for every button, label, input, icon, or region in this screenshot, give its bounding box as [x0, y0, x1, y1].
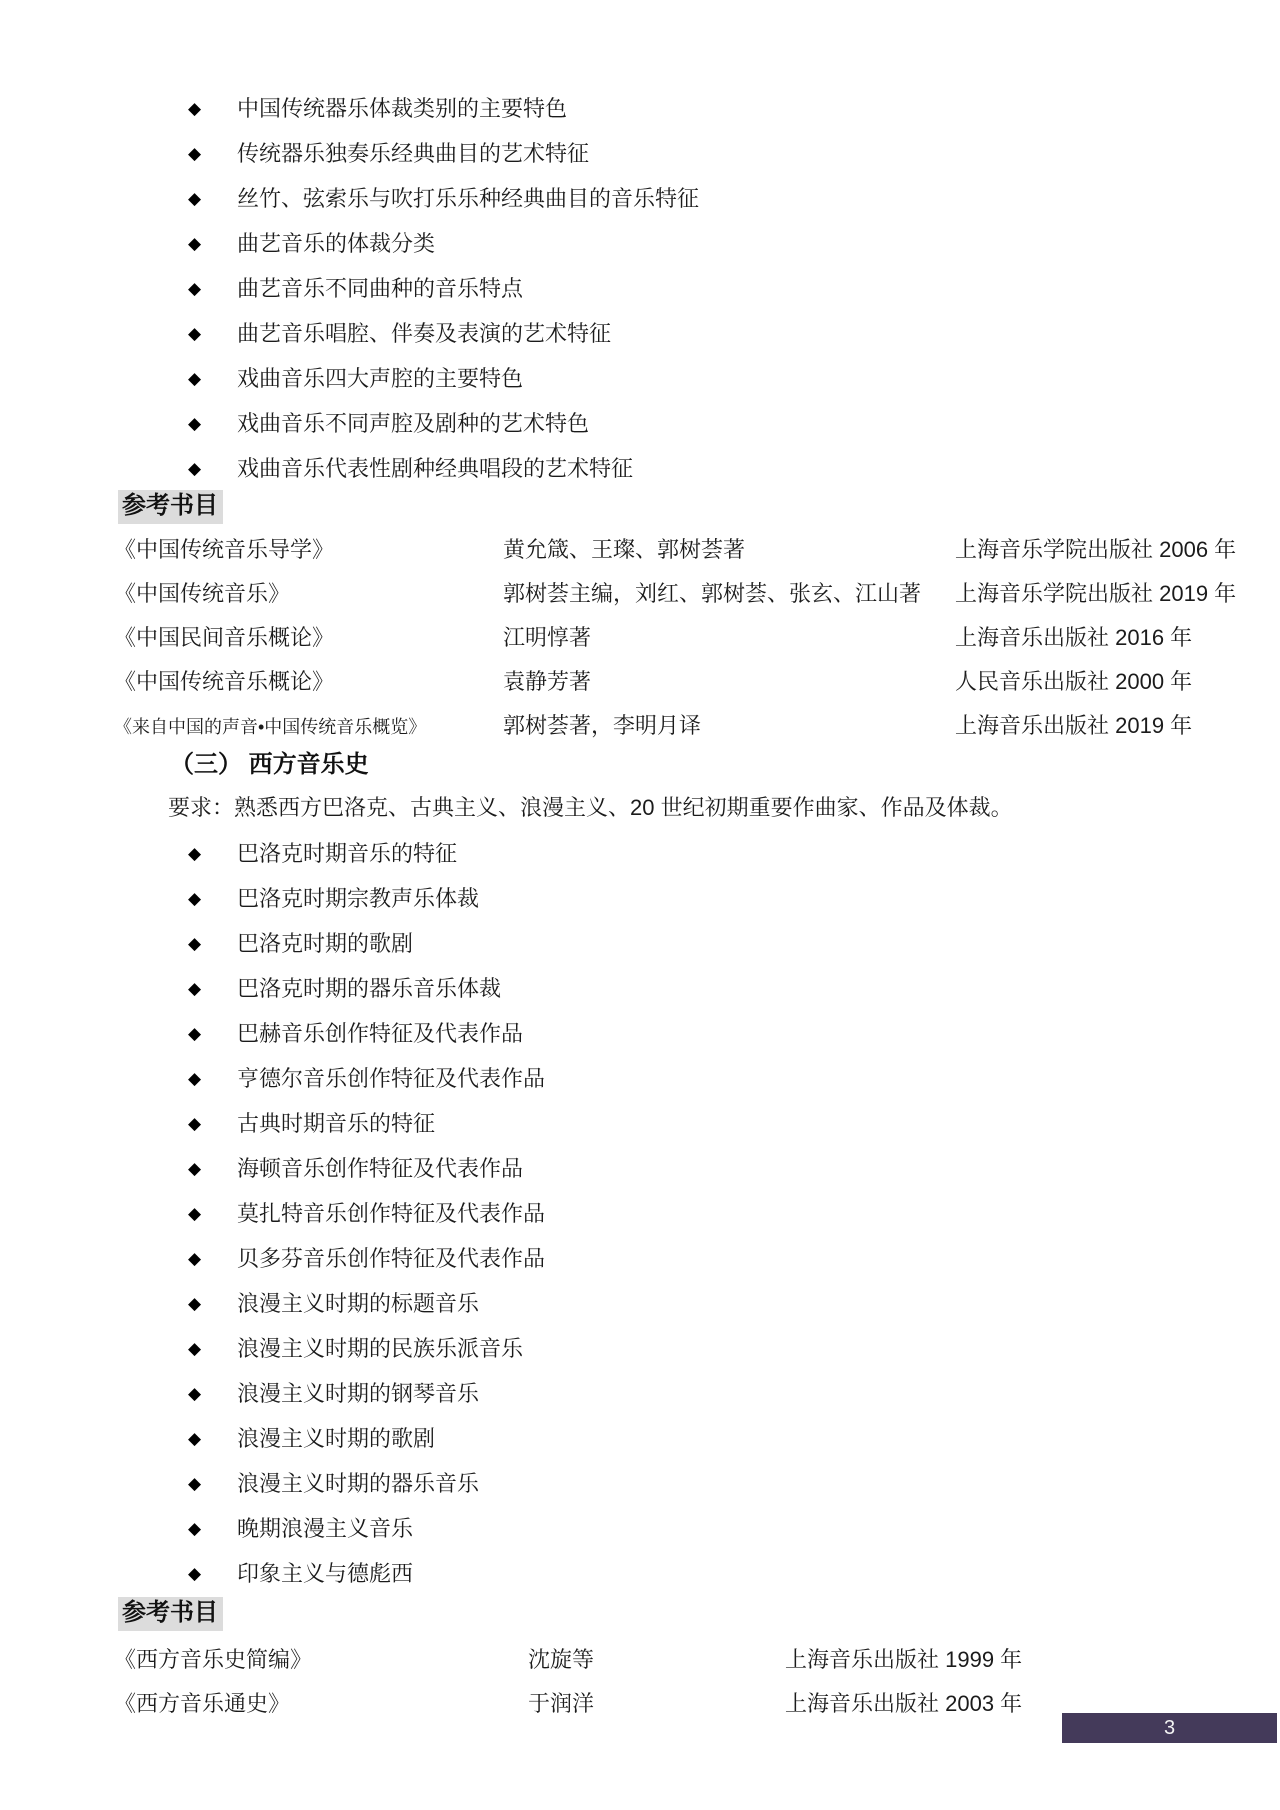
- list-item: ◆古典时期音乐的特征: [0, 1110, 1280, 1155]
- table-row: 《西方音乐史简编》 沈旋等 上海音乐出版社 1999 年: [114, 1645, 1280, 1689]
- bullet-text: 贝多芬音乐创作特征及代表作品: [237, 1246, 545, 1271]
- diamond-bullet-icon: ◆: [188, 1428, 201, 1450]
- list-item: ◆浪漫主义时期的民族乐派音乐: [0, 1335, 1280, 1380]
- list-item: ◆丝竹、弦索乐与吹打乐乐种经典曲目的音乐特征: [0, 185, 1280, 230]
- diamond-bullet-icon: ◆: [188, 98, 201, 120]
- bullet-text: 晚期浪漫主义音乐: [237, 1516, 413, 1541]
- list-item: ◆中国传统器乐体裁类别的主要特色: [0, 95, 1280, 140]
- book-publisher: 上海音乐学院出版社 2006 年: [955, 535, 1280, 579]
- page-number: 3: [1164, 1717, 1175, 1739]
- diamond-bullet-icon: ◆: [188, 843, 201, 865]
- diamond-bullet-icon: ◆: [188, 1248, 201, 1270]
- diamond-bullet-icon: ◆: [188, 323, 201, 345]
- book-publisher: 上海音乐学院出版社 2019 年: [955, 579, 1280, 623]
- diamond-bullet-icon: ◆: [188, 933, 201, 955]
- list-item: ◆莫扎特音乐创作特征及代表作品: [0, 1200, 1280, 1245]
- diamond-bullet-icon: ◆: [188, 1293, 201, 1315]
- diamond-bullet-icon: ◆: [188, 233, 201, 255]
- list-item: ◆海顿音乐创作特征及代表作品: [0, 1155, 1280, 1200]
- list-item: ◆巴洛克时期宗教声乐体裁: [0, 885, 1280, 930]
- western-music-bullet-list: ◆巴洛克时期音乐的特征 ◆巴洛克时期宗教声乐体裁 ◆巴洛克时期的歌剧 ◆巴洛克时…: [0, 840, 1280, 1605]
- book-authors: 沈旋等: [528, 1645, 785, 1689]
- table-row: 《中国民间音乐概论》 江明惇著 上海音乐出版社 2016 年: [114, 623, 1280, 667]
- list-item: ◆浪漫主义时期的歌剧: [0, 1425, 1280, 1470]
- book-authors: 于润洋: [528, 1689, 785, 1733]
- document-page: ◆中国传统器乐体裁类别的主要特色 ◆传统器乐独奏乐经典曲目的艺术特征 ◆丝竹、弦…: [0, 0, 1280, 1810]
- list-item: ◆浪漫主义时期的器乐音乐: [0, 1470, 1280, 1515]
- list-item: ◆浪漫主义时期的标题音乐: [0, 1290, 1280, 1335]
- table-row: 《中国传统音乐》 郭树荟主编，刘红、郭树荟、张玄、江山著 上海音乐学院出版社 2…: [114, 579, 1280, 623]
- diamond-bullet-icon: ◆: [188, 1203, 201, 1225]
- list-item: ◆戏曲音乐四大声腔的主要特色: [0, 365, 1280, 410]
- diamond-bullet-icon: ◆: [188, 1518, 201, 1540]
- bibliography-header: 参考书目: [118, 490, 223, 524]
- diamond-bullet-icon: ◆: [188, 1383, 201, 1405]
- bullet-text: 巴洛克时期宗教声乐体裁: [237, 886, 479, 911]
- traditional-music-bullet-list: ◆中国传统器乐体裁类别的主要特色 ◆传统器乐独奏乐经典曲目的艺术特征 ◆丝竹、弦…: [0, 95, 1280, 500]
- bullet-text: 曲艺音乐的体裁分类: [237, 231, 435, 256]
- book-title: 《西方音乐史简编》: [114, 1645, 528, 1689]
- diamond-bullet-icon: ◆: [188, 1023, 201, 1045]
- table-row: 《中国传统音乐概论》 袁静芳著 人民音乐出版社 2000 年: [114, 667, 1280, 711]
- list-item: ◆巴洛克时期的歌剧: [0, 930, 1280, 975]
- book-authors: 郭树荟著，李明月译: [503, 711, 955, 755]
- diamond-bullet-icon: ◆: [188, 278, 201, 300]
- list-item: ◆贝多芬音乐创作特征及代表作品: [0, 1245, 1280, 1290]
- book-title: 《中国传统音乐导学》: [114, 535, 503, 579]
- list-item: ◆巴洛克时期的器乐音乐体裁: [0, 975, 1280, 1020]
- book-authors: 郭树荟主编，刘红、郭树荟、张玄、江山著: [503, 579, 955, 623]
- section-heading: （三） 西方音乐史: [170, 751, 369, 779]
- list-item: ◆亨德尔音乐创作特征及代表作品: [0, 1065, 1280, 1110]
- diamond-bullet-icon: ◆: [188, 458, 201, 480]
- list-item: ◆巴赫音乐创作特征及代表作品: [0, 1020, 1280, 1065]
- bullet-text: 莫扎特音乐创作特征及代表作品: [237, 1201, 545, 1226]
- table-row: 《来自中国的声音•中国传统音乐概览》 郭树荟著，李明月译 上海音乐出版社 201…: [114, 711, 1280, 755]
- bullet-text: 海顿音乐创作特征及代表作品: [237, 1156, 523, 1181]
- book-title: 《中国传统音乐》: [114, 579, 503, 623]
- book-publisher: 人民音乐出版社 2000 年: [955, 667, 1280, 711]
- bullet-text: 浪漫主义时期的钢琴音乐: [237, 1381, 479, 1406]
- bibliography-table: 《中国传统音乐导学》 黄允箴、王璨、郭树荟著 上海音乐学院出版社 2006 年 …: [114, 535, 1280, 755]
- list-item: ◆晚期浪漫主义音乐: [0, 1515, 1280, 1560]
- bullet-text: 巴洛克时期的歌剧: [237, 931, 413, 956]
- diamond-bullet-icon: ◆: [188, 978, 201, 1000]
- book-publisher: 上海音乐出版社 1999 年: [785, 1645, 1280, 1689]
- book-title: 《中国传统音乐概论》: [114, 667, 503, 711]
- book-authors: 黄允箴、王璨、郭树荟著: [503, 535, 955, 579]
- list-item: ◆曲艺音乐唱腔、伴奏及表演的艺术特征: [0, 320, 1280, 365]
- bullet-text: 浪漫主义时期的器乐音乐: [237, 1471, 479, 1496]
- book-authors: 江明惇著: [503, 623, 955, 667]
- diamond-bullet-icon: ◆: [188, 368, 201, 390]
- diamond-bullet-icon: ◆: [188, 143, 201, 165]
- page-number-bar: 3: [1062, 1713, 1277, 1743]
- list-item: ◆曲艺音乐不同曲种的音乐特点: [0, 275, 1280, 320]
- bullet-text: 浪漫主义时期的标题音乐: [237, 1291, 479, 1316]
- book-publisher: 上海音乐出版社 2016 年: [955, 623, 1280, 667]
- diamond-bullet-icon: ◆: [188, 1158, 201, 1180]
- diamond-bullet-icon: ◆: [188, 1113, 201, 1135]
- bullet-text: 巴洛克时期音乐的特征: [237, 841, 457, 866]
- bibliography-header: 参考书目: [118, 1597, 223, 1631]
- diamond-bullet-icon: ◆: [188, 1338, 201, 1360]
- book-authors: 袁静芳著: [503, 667, 955, 711]
- bullet-text: 戏曲音乐不同声腔及剧种的艺术特色: [237, 411, 589, 436]
- bullet-text: 戏曲音乐四大声腔的主要特色: [237, 366, 523, 391]
- list-item: ◆戏曲音乐不同声腔及剧种的艺术特色: [0, 410, 1280, 455]
- book-publisher: 上海音乐出版社 2019 年: [955, 711, 1280, 755]
- diamond-bullet-icon: ◆: [188, 1563, 201, 1585]
- diamond-bullet-icon: ◆: [188, 1473, 201, 1495]
- bullet-text: 中国传统器乐体裁类别的主要特色: [237, 96, 567, 121]
- list-item: ◆浪漫主义时期的钢琴音乐: [0, 1380, 1280, 1425]
- bullet-text: 浪漫主义时期的民族乐派音乐: [237, 1336, 523, 1361]
- list-item: ◆传统器乐独奏乐经典曲目的艺术特征: [0, 140, 1280, 185]
- bullet-text: 亨德尔音乐创作特征及代表作品: [237, 1066, 545, 1091]
- bullet-text: 戏曲音乐代表性剧种经典唱段的艺术特征: [237, 456, 633, 481]
- diamond-bullet-icon: ◆: [188, 888, 201, 910]
- diamond-bullet-icon: ◆: [188, 413, 201, 435]
- bullet-text: 浪漫主义时期的歌剧: [237, 1426, 435, 1451]
- table-row: 《中国传统音乐导学》 黄允箴、王璨、郭树荟著 上海音乐学院出版社 2006 年: [114, 535, 1280, 579]
- bullet-text: 丝竹、弦索乐与吹打乐乐种经典曲目的音乐特征: [237, 186, 699, 211]
- book-title: 《来自中国的声音•中国传统音乐概览》: [114, 711, 503, 755]
- diamond-bullet-icon: ◆: [188, 188, 201, 210]
- bullet-text: 曲艺音乐不同曲种的音乐特点: [237, 276, 523, 301]
- list-item: ◆巴洛克时期音乐的特征: [0, 840, 1280, 885]
- book-title: 《中国民间音乐概论》: [114, 623, 503, 667]
- book-title: 《西方音乐通史》: [114, 1689, 528, 1733]
- bullet-text: 印象主义与德彪西: [237, 1561, 413, 1586]
- requirement-line: 要求：熟悉西方巴洛克、古典主义、浪漫主义、20 世纪初期重要作曲家、作品及体裁。: [168, 794, 1013, 822]
- bullet-text: 巴赫音乐创作特征及代表作品: [237, 1021, 523, 1046]
- bullet-text: 曲艺音乐唱腔、伴奏及表演的艺术特征: [237, 321, 611, 346]
- bullet-text: 传统器乐独奏乐经典曲目的艺术特征: [237, 141, 589, 166]
- diamond-bullet-icon: ◆: [188, 1068, 201, 1090]
- bullet-text: 古典时期音乐的特征: [237, 1111, 435, 1136]
- list-item: ◆曲艺音乐的体裁分类: [0, 230, 1280, 275]
- bullet-text: 巴洛克时期的器乐音乐体裁: [237, 976, 501, 1001]
